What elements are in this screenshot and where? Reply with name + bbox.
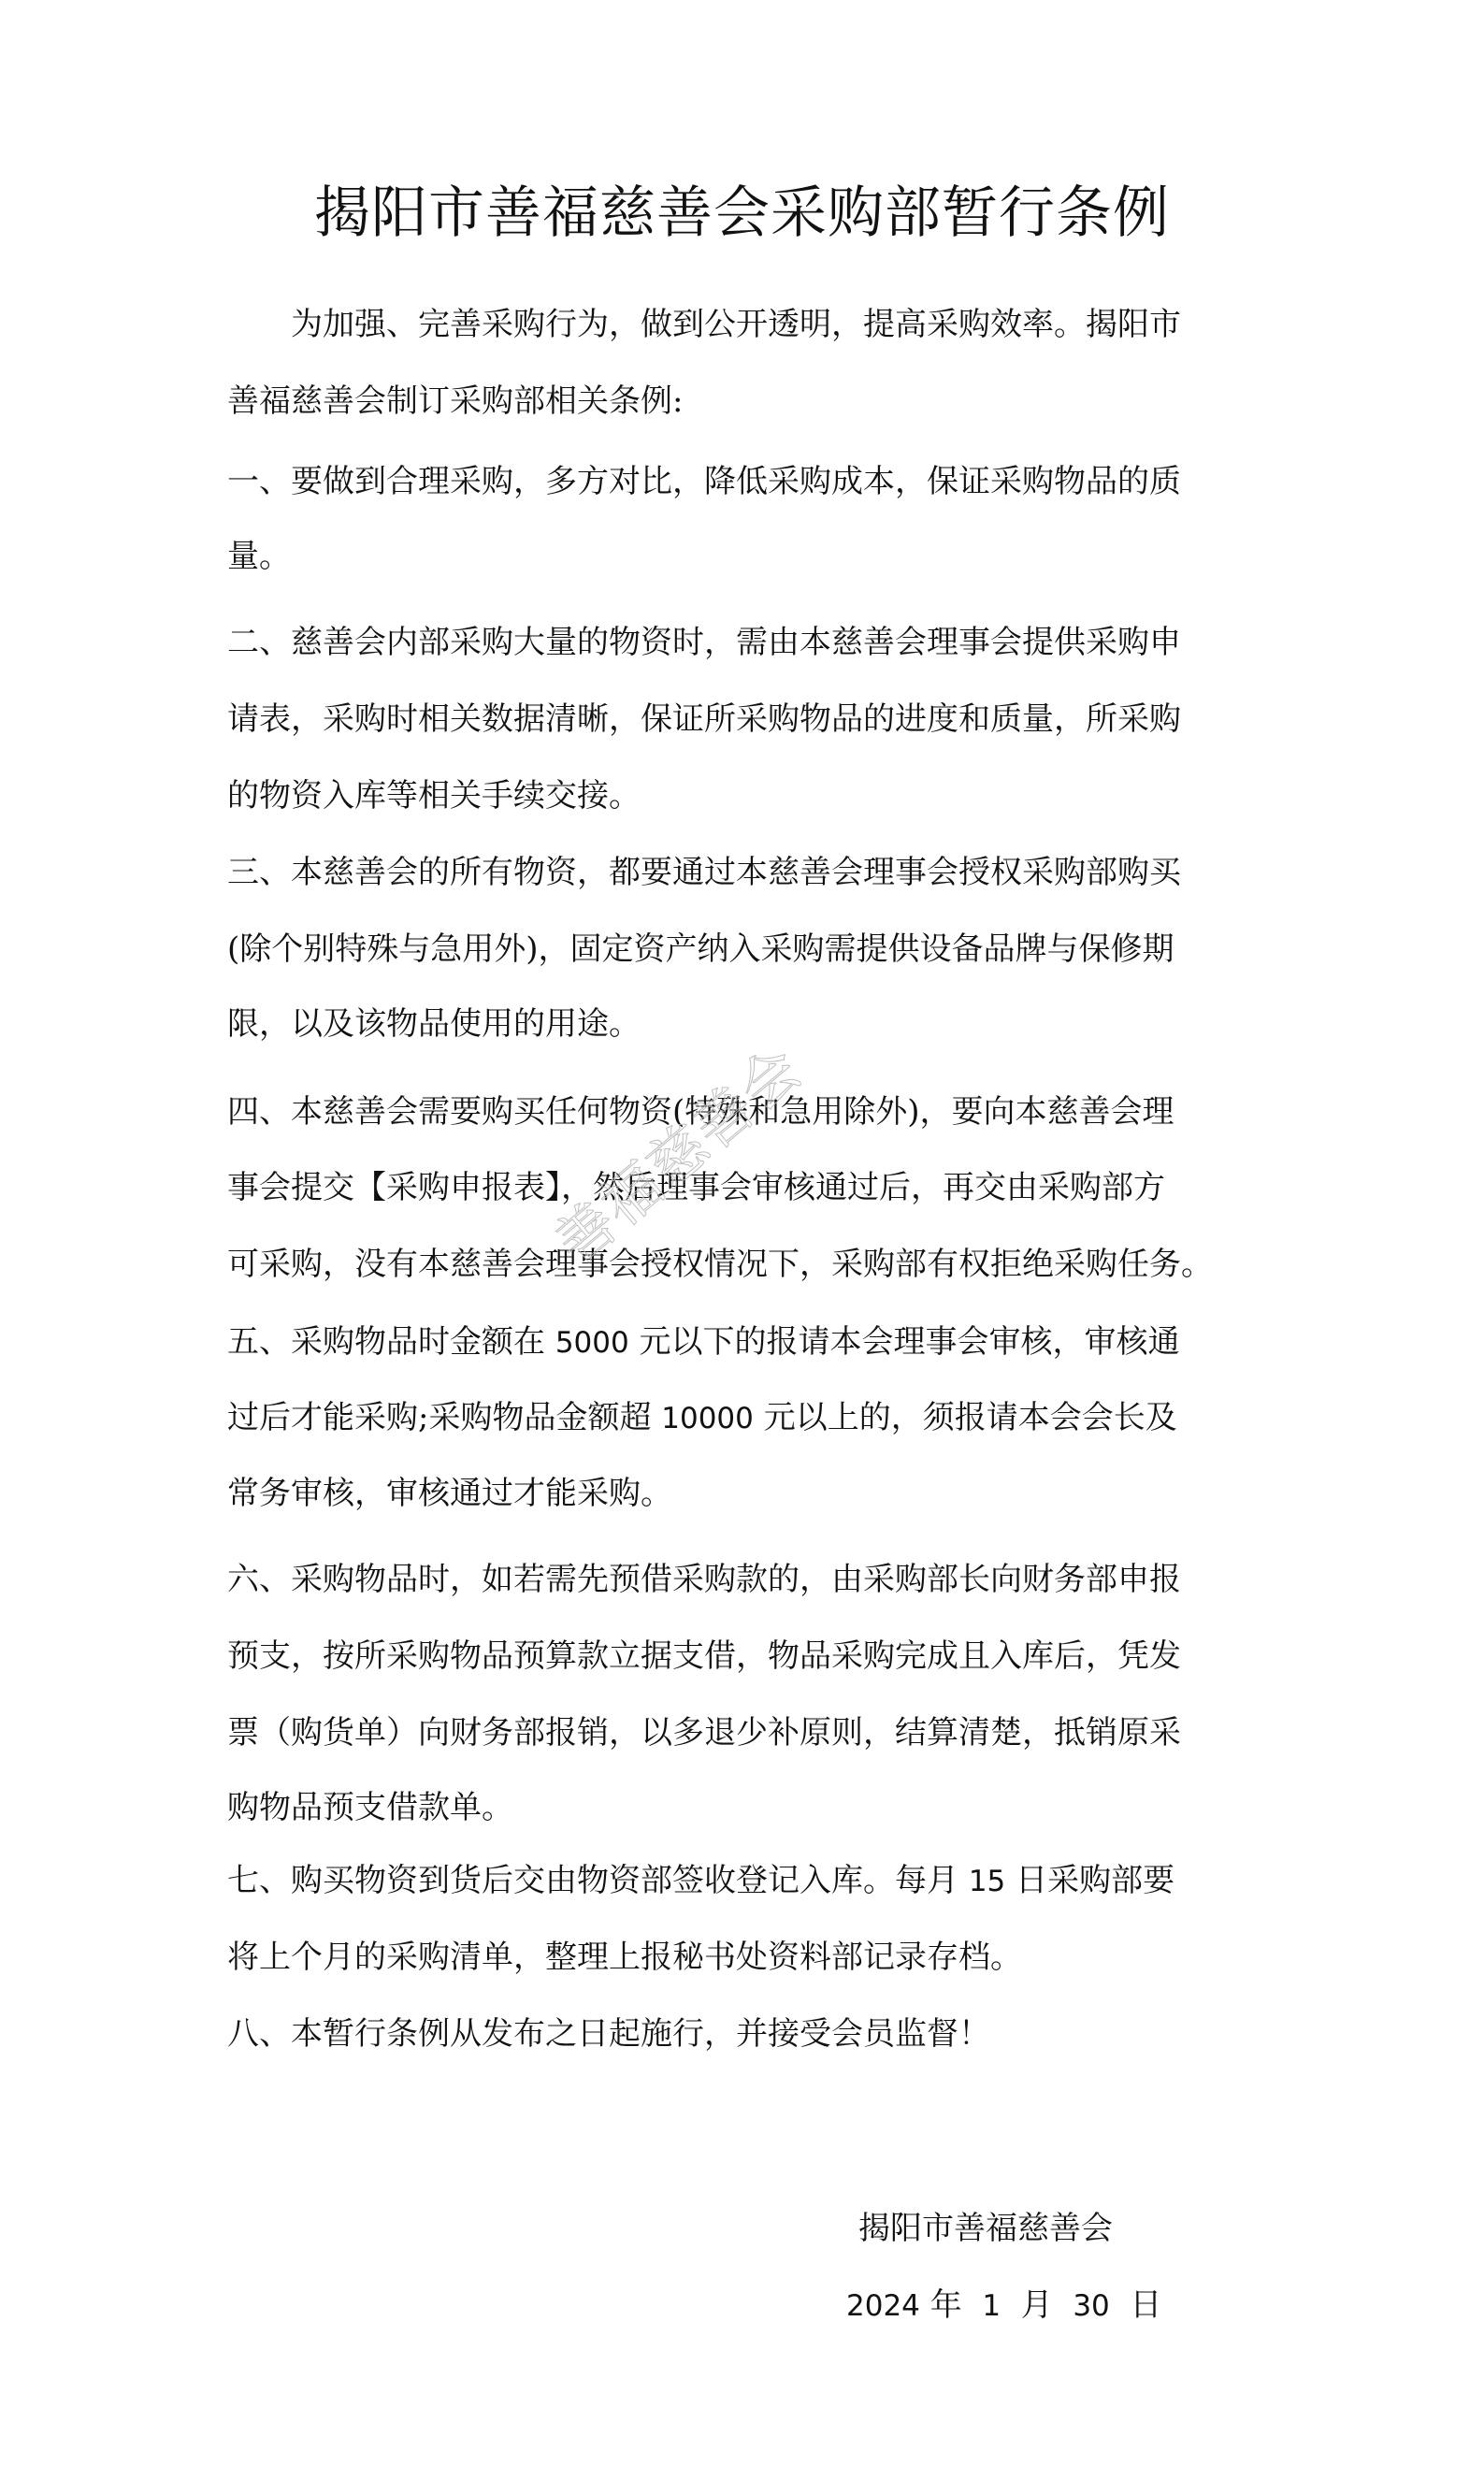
document-line: 为加强、完善采购行为，做到公开透明，提高采购效率。揭阳市: [291, 301, 1329, 348]
document-line: (除个别特殊与急用外)，固定资产纳入采购需提供设备品牌与保修期: [227, 926, 1265, 973]
document-line: 过后才能采购;采购物品金额超 10000 元以上的，须报请本会会长及: [227, 1394, 1265, 1442]
date-day-unit: 日: [1130, 2286, 1161, 2324]
document-page: 揭阳市善福慈善会采购部暂行条例 为加强、完善采购行为，做到公开透明，提高采购效率…: [0, 0, 1484, 2480]
document-line: 八、本暂行条例从发布之日起施行，并接受会员监督！: [227, 2011, 1265, 2057]
document-line: 量。: [227, 533, 1265, 580]
amount-number: 15: [969, 1865, 1005, 1898]
amount-number: 10000: [661, 1402, 754, 1435]
document-line: 常务审核，审核通过才能采购。: [227, 1470, 1265, 1517]
amount-number: 5000: [555, 1326, 629, 1360]
document-line: 预支，按所采购物品预算款立据支借，物品采购完成且入库后，凭发: [227, 1633, 1265, 1680]
document-line: 的物资入库等相关手续交接。: [227, 772, 1265, 819]
document-line: 一、要做到合理采购，多方对比，降低采购成本，保证采购物品的质: [227, 458, 1265, 505]
line-text: 日采购部要: [1005, 1862, 1174, 1899]
date-month-unit: 月: [1021, 2286, 1053, 2324]
document-line: 七、购买物资到货后交由物资部签收登记入库。每月 15 日采购部要: [227, 1857, 1265, 1905]
line-text: 元以下的报请本会理事会审核，审核通: [629, 1323, 1180, 1361]
document-line: 请表，采购时相关数据清晰，保证所采购物品的进度和质量，所采购: [227, 696, 1265, 743]
date-day: 30: [1073, 2289, 1109, 2323]
document-line: 五、采购物品时金额在 5000 元以下的报请本会理事会审核，审核通: [227, 1319, 1265, 1366]
line-text: 元以上的，须报请本会会长及: [754, 1399, 1177, 1436]
document-line: 六、采购物品时，如若需先预借采购款的，由采购部长向财务部申报: [227, 1556, 1265, 1603]
date-month: 1: [982, 2289, 1001, 2323]
document-line: 三、本慈善会的所有物资，都要通过本慈善会理事会授权采购部购买: [227, 849, 1265, 896]
signature-organization: 揭阳市善福慈善会: [858, 2205, 1113, 2252]
line-text: 过后才能采购;采购物品金额超: [227, 1399, 661, 1436]
document-title: 揭阳市善福慈善会采购部暂行条例: [0, 176, 1484, 251]
signature-date: 2024 年 1 月 30 日: [846, 2282, 1161, 2329]
document-line: 可采购，没有本慈善会理事会授权情况下，采购部有权拒绝采购任务。: [227, 1241, 1265, 1288]
line-text: 七、购买物资到货后交由物资部签收登记入库。每月: [227, 1862, 969, 1899]
document-line: 将上个月的采购清单，整理上报秘书处资料部记录存档。: [227, 1934, 1265, 1981]
document-line: 善福慈善会制订采购部相关条例:: [227, 378, 1265, 425]
document-line: 四、本慈善会需要购买任何物资(特殊和急用除外)，要向本慈善会理: [227, 1089, 1265, 1135]
date-year-unit: 年: [930, 2286, 962, 2324]
document-line: 二、慈善会内部采购大量的物资时，需由本慈善会理事会提供采购申: [227, 619, 1265, 666]
document-line: 票（购货单）向财务部报销，以多退少补原则，结算清楚，抵销原采: [227, 1709, 1265, 1756]
document-line: 事会提交【采购申报表】，然后理事会审核通过后，再交由采购部方: [227, 1164, 1265, 1211]
line-text: 五、采购物品时金额在: [227, 1323, 555, 1361]
document-line: 限，以及该物品使用的用途。: [227, 1001, 1265, 1047]
date-year: 2024: [846, 2289, 920, 2323]
document-line: 购物品预支借款单。: [227, 1784, 1265, 1831]
